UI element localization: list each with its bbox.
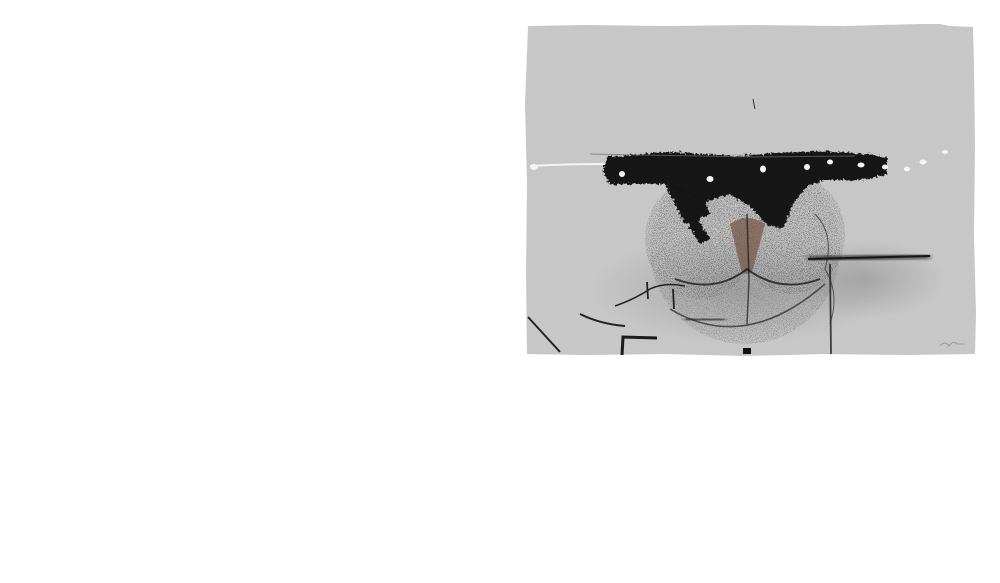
white-drip-dot (530, 164, 538, 170)
small-smudge (685, 319, 725, 320)
artwork-drawing (525, 24, 977, 357)
page-canvas (0, 0, 1000, 583)
bottom-dot (743, 348, 751, 354)
vertical-line (830, 264, 831, 354)
tick-mark-2 (673, 289, 674, 309)
artwork-image (525, 24, 977, 357)
tick-mark (647, 282, 648, 299)
